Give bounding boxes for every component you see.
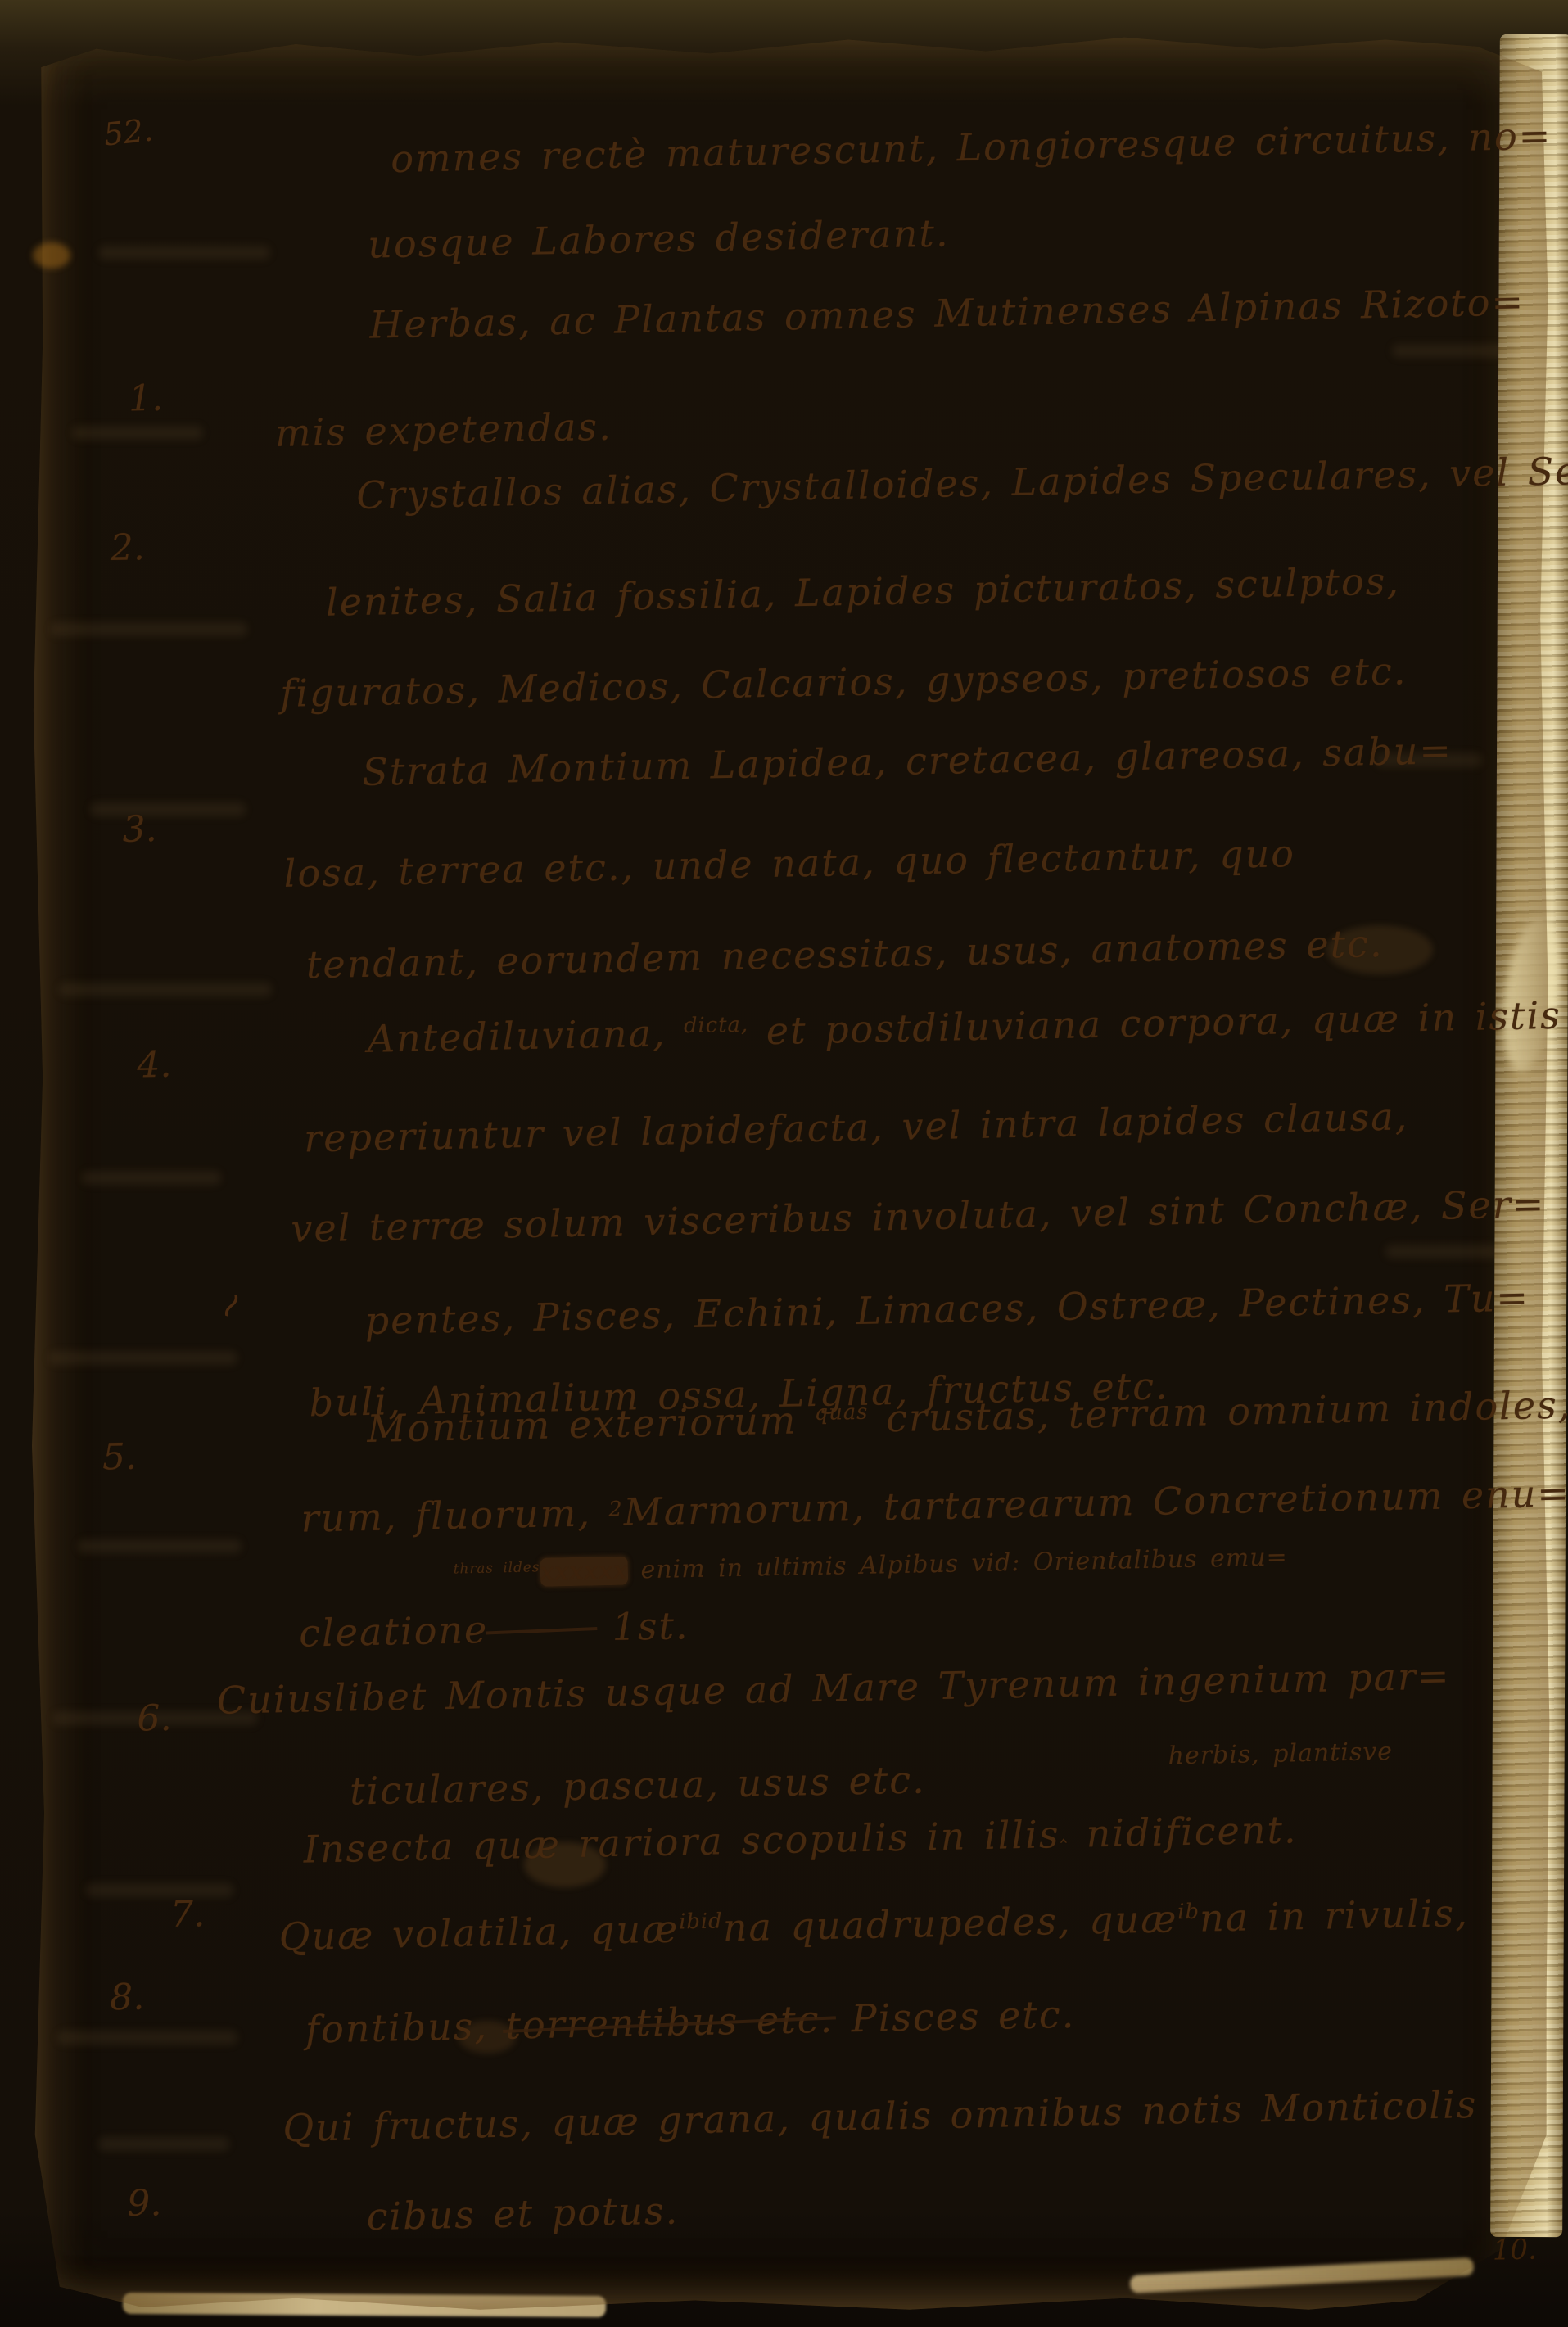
interlinear-insertion: thras ildes xyxy=(454,1560,540,1575)
manuscript-line: thras ildesxxxxxx enim in ultimis Alpibu… xyxy=(454,1545,1288,1586)
manuscript-line: vel terræ solum visceribus involuta, vel… xyxy=(291,1185,1546,1248)
manuscript-line: herbis, plantisve xyxy=(1168,1740,1393,1769)
superscript-mark: 2 xyxy=(608,1498,624,1520)
manuscript-line: Insecta quæ rariora scopulis in illis‸ n… xyxy=(303,1810,1298,1868)
manuscript-line: Qui fructus, quæ grana, qualis omnibus n… xyxy=(282,2085,1478,2147)
superscript-mark: ‸ xyxy=(1060,1820,1069,1841)
item-number: 1. xyxy=(129,381,164,418)
manuscript-line: Strata Montium Lapidea, cretacea, glareo… xyxy=(362,731,1453,791)
item-number: 6. xyxy=(137,1701,172,1737)
struck-text: torrentibus etc. xyxy=(505,1997,834,2048)
interlinear-insertion: quas xyxy=(814,1403,868,1425)
manuscript-line: fontibus, torrentibus etc. Pisces etc. xyxy=(305,1995,1076,2049)
struck-text xyxy=(488,1605,595,1651)
manuscript-line: Quæ volatilia, quæibidna quadrupedes, qu… xyxy=(278,1894,1469,1955)
book-photograph: 52. ≀ 10. omnes rectè maturescunt, Longi… xyxy=(0,0,1568,2327)
interlinear-insertion: ib xyxy=(1177,1902,1200,1923)
manuscript-line: Crystallos alias, Crystalloides, Lapides… xyxy=(356,451,1568,514)
manuscript-line: Herbas, ac Plantas omnes Mutinenses Alpi… xyxy=(369,282,1525,343)
marginal-mark: ≀ xyxy=(216,1282,242,1326)
manuscript-line: uosque Labores desiderant. xyxy=(368,214,950,263)
item-number: 3. xyxy=(122,811,157,848)
manuscript-line: Cuiuslibet Montis usque ad Mare Tyrenum … xyxy=(217,1656,1451,1719)
page-number: 52. xyxy=(102,111,155,152)
manuscript-line: omnes rectè maturescunt, Longioresque ci… xyxy=(391,117,1552,178)
interlinear-insertion: dicta, xyxy=(684,1015,749,1037)
manuscript-line: lenites, Salia fossilia, Lapides pictura… xyxy=(326,562,1401,621)
interlinear-insertion: ibid xyxy=(679,1911,723,1933)
manuscript-line: losa, terrea etc., unde nata, quo flecta… xyxy=(283,834,1295,892)
manuscript-line: ticulares, pascua, usus etc. xyxy=(350,1760,926,1810)
item-number: 8. xyxy=(110,1980,145,2017)
manuscript-line: rum, fluorum, 2Marmorum, tartarearum Con… xyxy=(300,1474,1568,1537)
manuscript-line: figuratos, Medicos, Calcarios, gypseos, … xyxy=(280,652,1408,712)
item-number: 9. xyxy=(127,2185,162,2222)
manuscript-line: mis expetendas. xyxy=(274,408,612,452)
manuscript-line: tendant, eorundem necessitas, usus, anat… xyxy=(306,924,1384,983)
item-number: 2. xyxy=(110,530,145,567)
manuscript-line: cibus et potus. xyxy=(366,2192,679,2236)
ink-blot-deletion: xxxxxx xyxy=(540,1557,628,1587)
item-number: 5. xyxy=(102,1439,138,1476)
manuscript-line: reperiuntur vel lapidefacta, vel intra l… xyxy=(304,1097,1409,1157)
catchword-number: 10. xyxy=(1492,2234,1537,2267)
manuscript-line: Antediluviana, dicta, et postdiluviana c… xyxy=(367,996,1561,1058)
manuscript-line: cleatione 1st. xyxy=(299,1606,689,1652)
item-number: 7. xyxy=(170,1896,206,1933)
manuscript-text: 52. ≀ 10. omnes rectè maturescunt, Longi… xyxy=(0,0,1568,2324)
item-number: 4. xyxy=(137,1047,172,1084)
manuscript-line: pentes, Pisces, Echini, Limaces, Ostreæ,… xyxy=(364,1278,1530,1340)
